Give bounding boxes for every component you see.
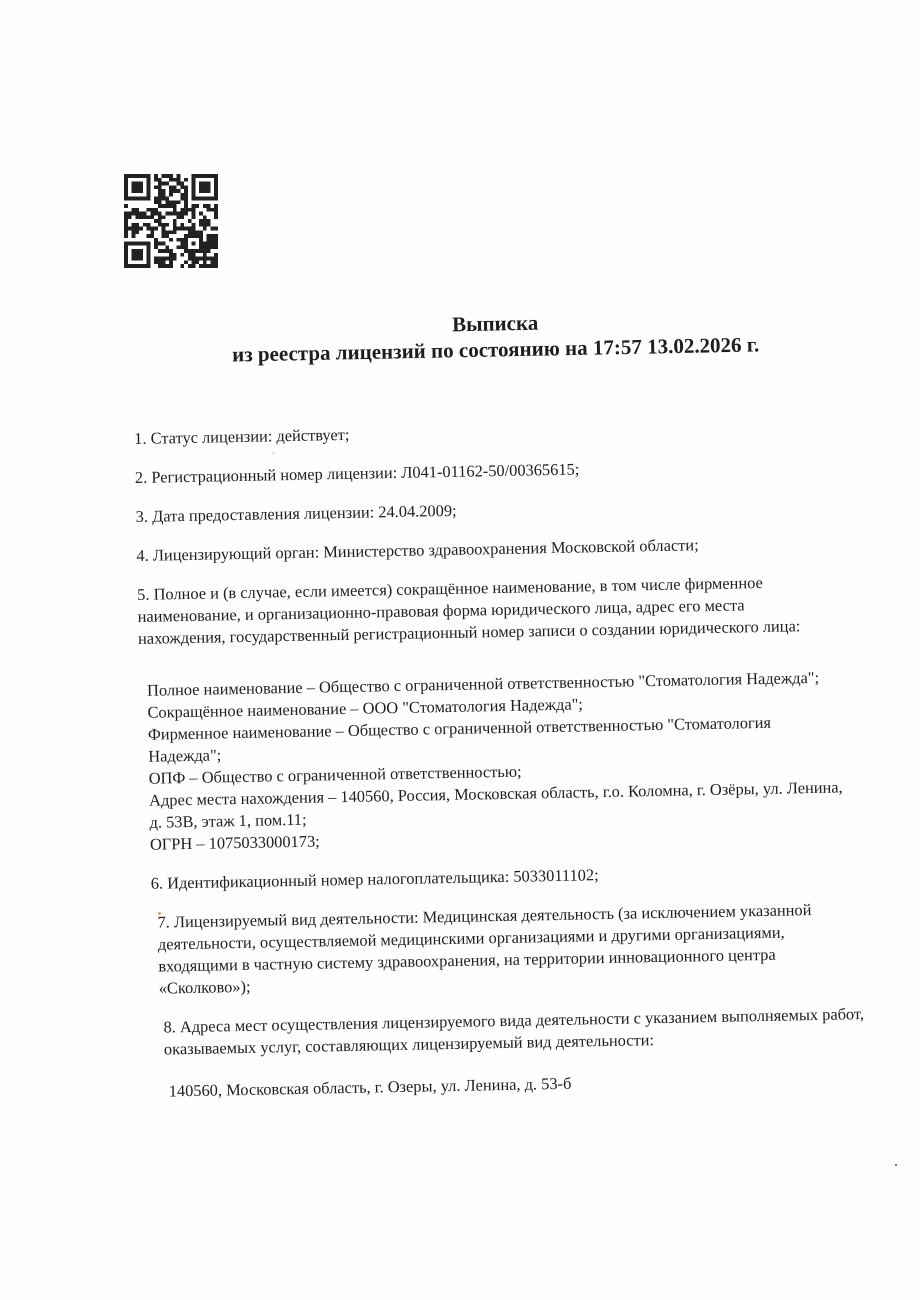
item-activity-addresses: 8. Адреса мест осуществления лицензируем… (163, 1003, 884, 1061)
item-licensing-body: 4. Лицензирующий орган: Министерство здр… (136, 530, 896, 567)
scan-speck (895, 1164, 897, 1166)
item-inn: 6. Идентификационный номер налогоплатель… (151, 858, 903, 894)
item-organization-heading: 5. Полное и (в случае, если имеется) сок… (137, 571, 828, 650)
document-body: 1. Статус лицензии: действует; 2. Регист… (134, 413, 907, 1102)
item-reg-number: 2. Регистрационный номер лицензии: Л041-… (135, 452, 895, 489)
item-status: 1. Статус лицензии: действует; (134, 413, 894, 450)
document-page: Выписка из реестра лицензий по состоянию… (0, 0, 920, 1300)
scan-speck (158, 912, 161, 915)
organization-details: Полное наименование – Общество с огранич… (147, 666, 880, 856)
item-activity-type: 7. Лицензируемый вид деятельности: Медиц… (157, 898, 869, 1000)
item-issue-date: 3. Дата предоставления лицензии: 24.04.2… (135, 491, 895, 528)
title-block: Выписка из реестра лицензий по состоянию… (0, 301, 920, 372)
activity-address: 140560, Московская область, г. Озеры, ул… (169, 1066, 907, 1102)
qr-code-icon (124, 174, 218, 268)
scan-speck (272, 452, 275, 455)
